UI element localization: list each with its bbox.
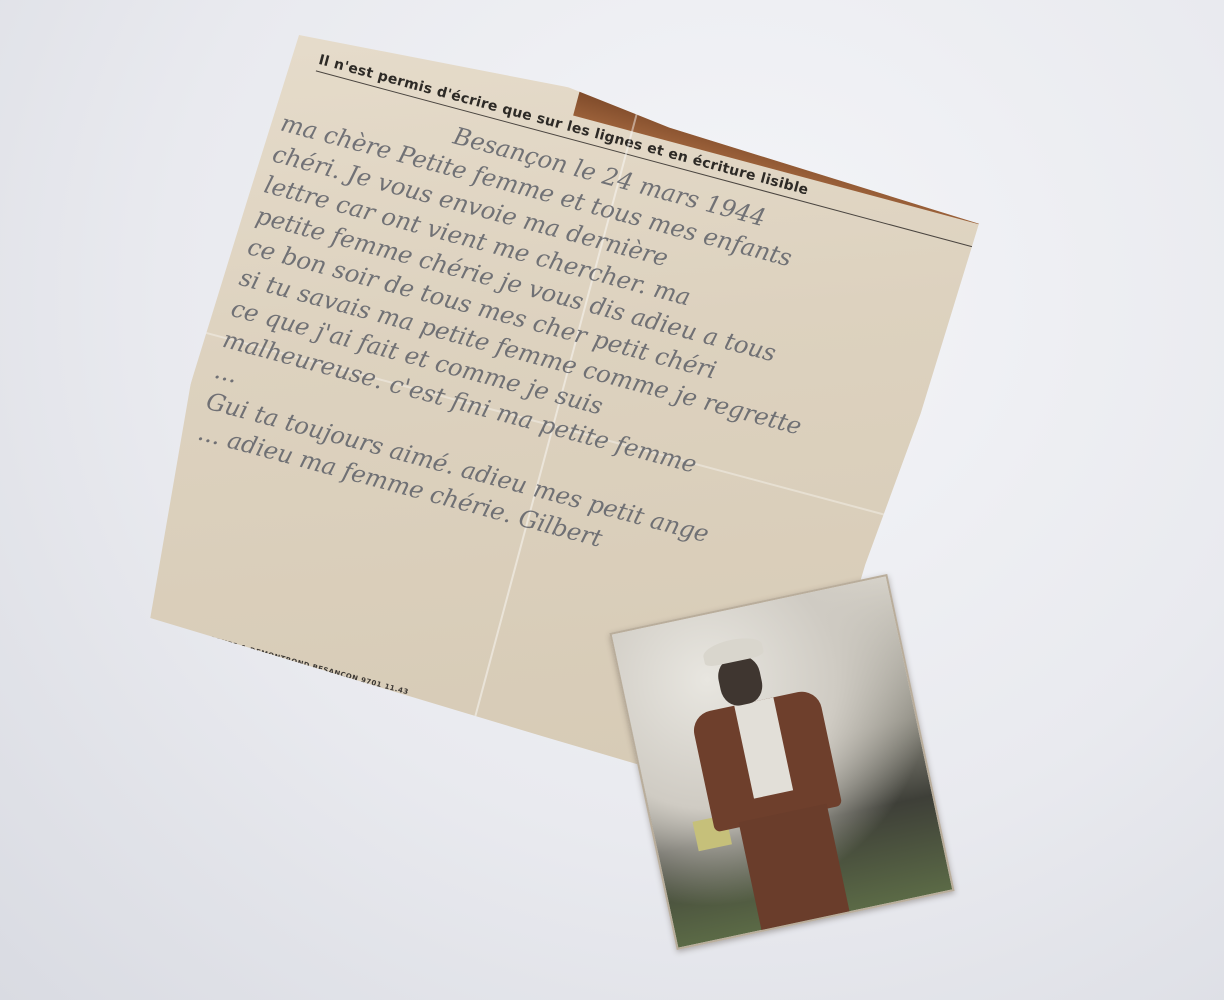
portrait-photo [609, 574, 954, 950]
printer-imprint: IMPRIMERIE JACQUES & DEMONTROND BESANÇON… [146, 619, 409, 697]
handwriting-block: Besançon le 24 mars 1944 ma chère Petite… [194, 76, 950, 623]
